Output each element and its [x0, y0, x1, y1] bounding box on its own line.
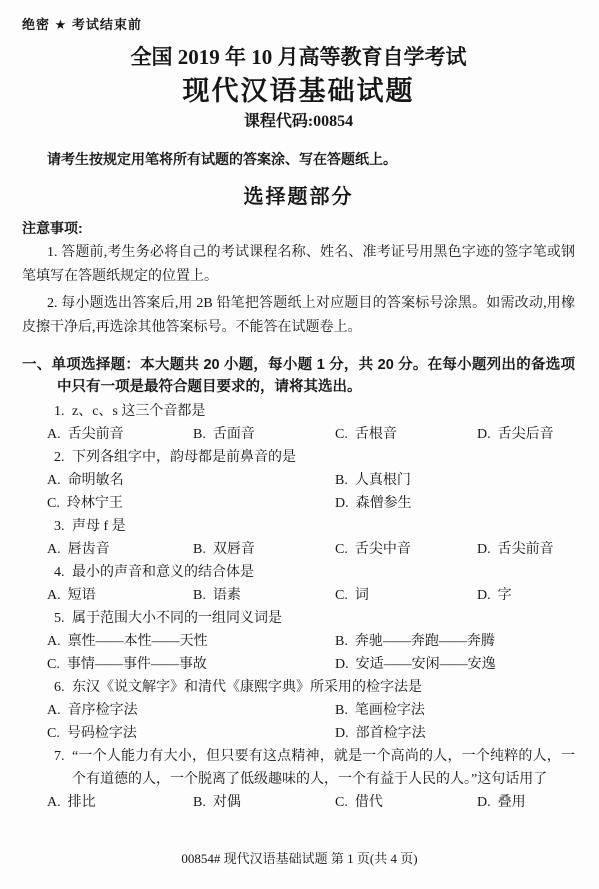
option-d: D. 舌尖后音 [477, 423, 575, 446]
question-stem: 3.声母 f 是 [22, 515, 575, 538]
question-stem: 6.东汉《说文解字》和清代《康熙字典》所采用的检字法是 [22, 676, 575, 699]
answer-sheet-instruction: 请考生按规定用笔将所有试题的答案涂、写在答题纸上。 [22, 149, 575, 169]
question-options: A. 短语 B. 语素 C. 词 D. 字 [22, 584, 575, 607]
option-b: B. 奔驰——奔跑——奔腾 [335, 630, 575, 653]
question-stem: 2.下列各组字中，韵母都是前鼻音的是 [22, 446, 575, 469]
option-b: B. 人真根门 [335, 469, 575, 492]
option-b: B. 语素 [193, 584, 335, 607]
question-2: 2.下列各组字中，韵母都是前鼻音的是 A. 命明敏名 B. 人真根门 C. 玲林… [22, 446, 575, 515]
question-1: 1.z、c、s 这三个音都是 A. 舌尖前音 B. 舌面音 C. 舌根音 D. … [22, 400, 575, 446]
notes-title: 注意事项: [22, 218, 575, 238]
classification-banner: 绝密 ★ 考试结束前 [22, 16, 575, 34]
question-text: 下列各组字中，韵母都是前鼻音的是 [72, 450, 296, 465]
option-b: B. 笔画检字法 [335, 699, 575, 722]
section-title: 选择题部分 [22, 184, 575, 210]
option-d: D. 安适——安闲——安逸 [335, 653, 575, 676]
question-stem: 4.最小的声音和意义的结合体是 [22, 561, 575, 584]
question-list: 1.z、c、s 这三个音都是 A. 舌尖前音 B. 舌面音 C. 舌根音 D. … [22, 400, 575, 814]
question-stem: 5.属于范围大小不同的一组同义词是 [22, 607, 575, 630]
option-c: C. 玲林宁王 [47, 492, 335, 515]
option-d: D. 字 [477, 584, 575, 607]
question-6: 6.东汉《说文解字》和清代《康熙字典》所采用的检字法是 A. 音序检字法 B. … [22, 676, 575, 745]
page-footer: 00854# 现代汉语基础试题 第 1 页(共 4 页) [0, 851, 599, 867]
option-a: A. 禀性——本性——天性 [47, 630, 335, 653]
exam-title-line2: 现代汉语基础试题 [22, 75, 575, 107]
part-one-heading: 一、单项选择题：本大题共 20 小题，每小题 1 分，共 20 分。在每小题列出… [22, 354, 575, 398]
question-options: A. 禀性——本性——天性 B. 奔驰——奔跑——奔腾 C. 事情——事件——事… [22, 630, 575, 676]
question-5: 5.属于范围大小不同的一组同义词是 A. 禀性——本性——天性 B. 奔驰——奔… [22, 607, 575, 676]
question-4: 4.最小的声音和意义的结合体是 A. 短语 B. 语素 C. 词 D. 字 [22, 561, 575, 607]
question-text: z、c、s 这三个音都是 [72, 404, 205, 419]
question-number: 3. [54, 515, 72, 538]
option-d: D. 舌尖前音 [477, 538, 575, 561]
option-a: A. 排比 [47, 791, 193, 814]
question-number: 1. [54, 400, 72, 423]
question-number: 5. [54, 607, 72, 630]
note-item: 2. 每小题选出答案后,用 2B 铅笔把答题纸上对应题目的答案标号涂黑。如需改动… [22, 292, 575, 340]
question-options: A. 排比 B. 对偶 C. 借代 D. 叠用 [22, 791, 575, 814]
option-a: A. 舌尖前音 [47, 423, 193, 446]
exam-paper-page: 绝密 ★ 考试结束前 全国 2019 年 10 月高等教育自学考试 现代汉语基础… [0, 0, 599, 889]
question-options: A. 舌尖前音 B. 舌面音 C. 舌根音 D. 舌尖后音 [22, 423, 575, 446]
note-item: 1. 答题前,考生务必将自己的考试课程名称、姓名、准考证号用黑色字迹的签字笔或钢… [22, 241, 575, 289]
question-options: A. 命明敏名 B. 人真根门 C. 玲林宁王 D. 森僧参生 [22, 469, 575, 515]
question-text: 声母 f 是 [72, 519, 126, 534]
option-b: B. 舌面音 [193, 423, 335, 446]
question-stem: 1.z、c、s 这三个音都是 [22, 400, 575, 423]
exam-title-line1: 全国 2019 年 10 月高等教育自学考试 [22, 44, 575, 70]
question-text: 属于范围大小不同的一组同义词是 [72, 611, 282, 626]
option-c: C. 号码检字法 [47, 722, 335, 745]
option-a: A. 唇齿音 [47, 538, 193, 561]
question-options: A. 音序检字法 B. 笔画检字法 C. 号码检字法 D. 部首检字法 [22, 699, 575, 745]
question-7: 7.“一个人能力有大小，但只要有这点精神，就是一个高尚的人，一个纯粹的人，一个有… [22, 745, 575, 814]
option-b: B. 双唇音 [193, 538, 335, 561]
course-code: 课程代码:00854 [22, 112, 575, 132]
option-c: C. 词 [335, 584, 477, 607]
question-text: “一个人能力有大小，但只要有这点精神，就是一个高尚的人，一个纯粹的人，一个有道德… [72, 749, 575, 787]
question-3: 3.声母 f 是 A. 唇齿音 B. 双唇音 C. 舌尖中音 D. 舌尖前音 [22, 515, 575, 561]
question-number: 7. [54, 745, 72, 768]
option-c: C. 舌根音 [335, 423, 477, 446]
question-number: 4. [54, 561, 72, 584]
option-d: D. 叠用 [477, 791, 575, 814]
option-a: A. 短语 [47, 584, 193, 607]
question-options: A. 唇齿音 B. 双唇音 C. 舌尖中音 D. 舌尖前音 [22, 538, 575, 561]
question-number: 6. [54, 676, 72, 699]
option-a: A. 命明敏名 [47, 469, 335, 492]
option-d: D. 森僧参生 [335, 492, 575, 515]
option-d: D. 部首检字法 [335, 722, 575, 745]
question-number: 2. [54, 446, 72, 469]
question-text: 东汉《说文解字》和清代《康熙字典》所采用的检字法是 [72, 680, 422, 695]
question-stem: 7.“一个人能力有大小，但只要有这点精神，就是一个高尚的人，一个纯粹的人，一个有… [22, 745, 575, 791]
option-c: C. 事情——事件——事故 [47, 653, 335, 676]
option-a: A. 音序检字法 [47, 699, 335, 722]
option-c: C. 舌尖中音 [335, 538, 477, 561]
option-b: B. 对偶 [193, 791, 335, 814]
option-c: C. 借代 [335, 791, 477, 814]
question-text: 最小的声音和意义的结合体是 [72, 565, 254, 580]
